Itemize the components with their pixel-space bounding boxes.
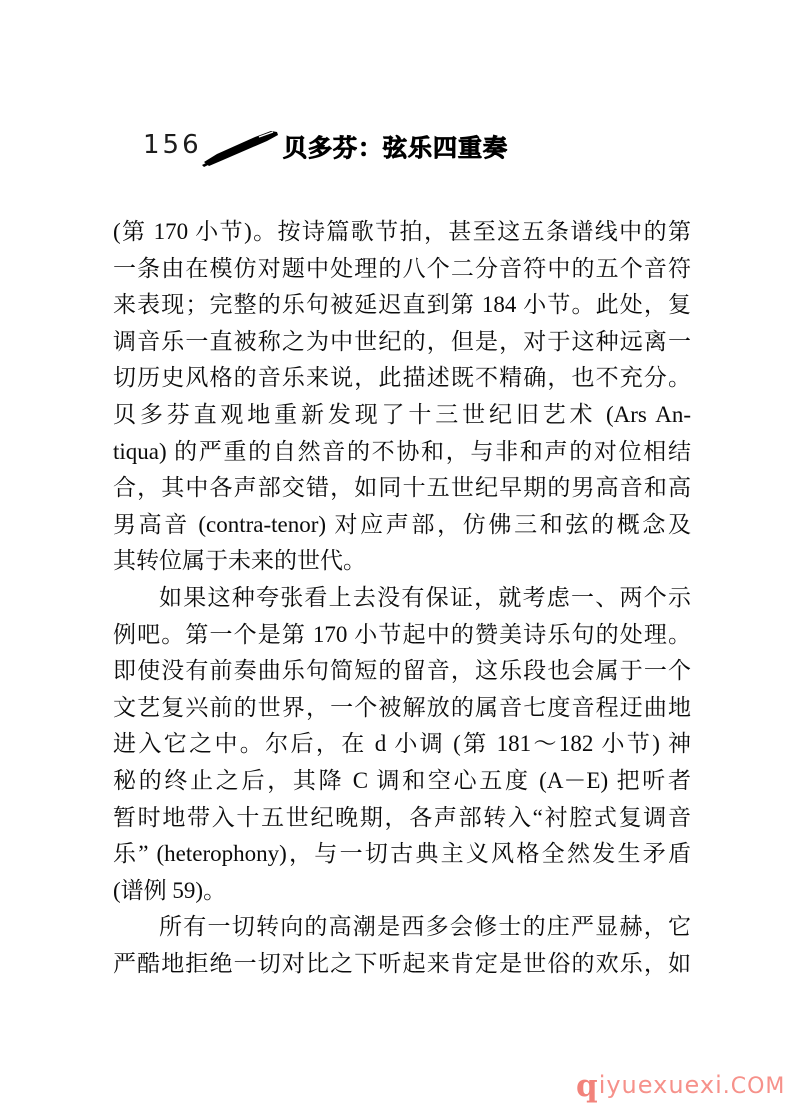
watermark-text: iyuexuexi (599, 1071, 723, 1099)
body-line: 贝多芬直观地重新发现了十三世纪旧艺术 (Ars An- (113, 397, 691, 434)
body-text-column: (第 170 小节)。按诗篇歌节拍，甚至这五条谱线中的第 一条由在模仿对题中处理… (113, 214, 691, 982)
body-line paragraph-end: 其转位属于未来的世代。 (113, 543, 691, 580)
page-number: 156 (143, 130, 202, 160)
site-watermark: qiyuexuexi.COM (576, 1068, 785, 1104)
body-line: 例吧。第一个是第 170 小节起中的赞美诗乐句的处理。 (113, 617, 691, 654)
body-line: 严酷地拒绝一切对比之下听起来肯定是世俗的欢乐，如 (113, 946, 691, 983)
body-line: 暂时地带入十五世纪晚期，各声部转入“衬腔式复调音 (113, 800, 691, 837)
body-line paragraph-start: 如果这种夸张看上去没有保证，就考虑一、两个示 (113, 580, 691, 617)
body-line: 进入它之中。尔后，在 d 小调 (第 181～182 小节) 神 (113, 726, 691, 763)
body-line: 切历史风格的音乐来说，此描述既不精确，也不充分。 (113, 360, 691, 397)
watermark-tld: .COM (723, 1074, 786, 1099)
body-line: 合，其中各声部交错，如同十五世纪早期的男高音和高 (113, 470, 691, 507)
pen-icon (201, 130, 287, 168)
body-line: 一条由在模仿对题中处理的八个二分音符中的五个音符 (113, 251, 691, 288)
body-line: 来表现；完整的乐句被延迟直到第 184 小节。此处，复 (113, 287, 691, 324)
scanned-book-page: 156 贝多芬：弦乐四重奏 (第 170 小节)。按诗篇歌节拍，甚至这五条谱线中… (0, 0, 794, 1120)
body-line: 即使没有前奏曲乐句简短的留音，这乐段也会属于一个 (113, 653, 691, 690)
body-line paragraph-start: 所有一切转向的高潮是西多会修士的庄严显赫，它 (113, 909, 691, 946)
body-line: 调音乐一直被称之为中世纪的，但是，对于这种远离一 (113, 324, 691, 361)
body-line: (第 170 小节)。按诗篇歌节拍，甚至这五条谱线中的第 (113, 214, 691, 251)
running-title: 贝多芬：弦乐四重奏 (283, 128, 508, 163)
watermark-lead-letter: q (576, 1068, 599, 1104)
body-line: 秘的终止之后，其降 C 调和空心五度 (A－E) 把听者 (113, 763, 691, 800)
body-line: 文艺复兴前的世界，一个被解放的属音七度音程迂曲地 (113, 690, 691, 727)
body-line paragraph-end: (谱例 59)。 (113, 873, 691, 910)
body-line: 男高音 (contra-tenor) 对应声部，仿佛三和弦的概念及 (113, 507, 691, 544)
body-line: 乐” (heterophony)，与一切古典主义风格全然发生矛盾 (113, 836, 691, 873)
body-line: tiqua) 的严重的自然音的不协和，与非和声的对位相结 (113, 434, 691, 471)
